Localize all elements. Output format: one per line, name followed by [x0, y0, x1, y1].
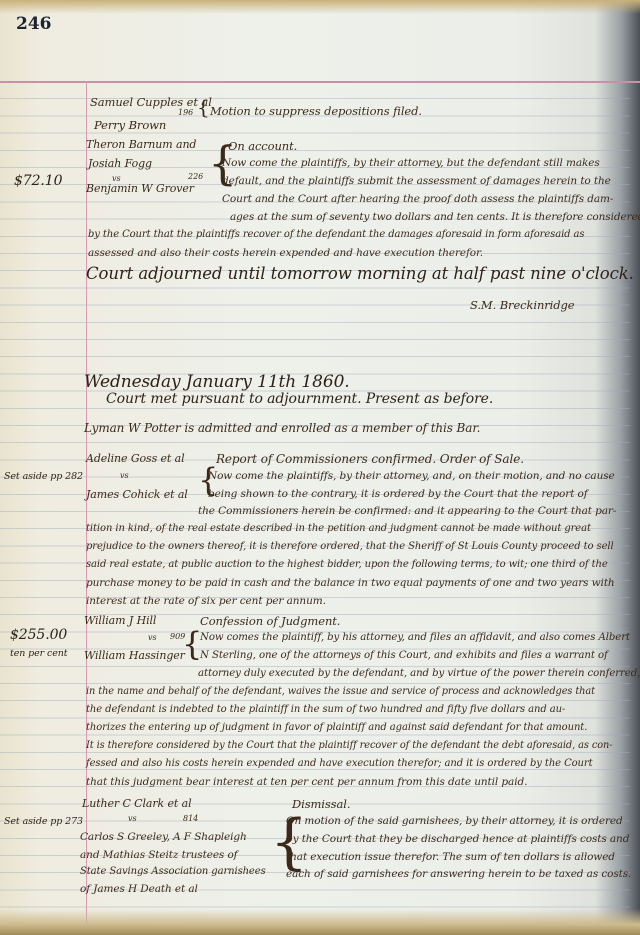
margin-note: ten per cent	[10, 648, 68, 659]
versus-mark: vs	[148, 633, 157, 642]
versus-mark: vs	[128, 814, 137, 823]
plaintiff-name: Samuel Cupples et al	[90, 95, 212, 109]
entry-title: Confession of Judgment.	[200, 614, 340, 628]
margin-note: Set aside pp 273	[4, 816, 83, 827]
page-edge-shadow-top	[0, 0, 640, 14]
defendant-line: of James H Death et al	[80, 883, 198, 895]
case-number: 196	[178, 108, 193, 117]
entry-line: prejudice to the owners thereof, it is t…	[86, 541, 614, 552]
plaintiff-line-2: Josiah Fogg	[88, 157, 152, 170]
defendant-name: William Hassinger	[84, 649, 185, 662]
entry-line: the Commissioners herein be confirmed: a…	[198, 505, 616, 517]
entry-line: On motion of the said garnishees, by the…	[286, 815, 623, 827]
entry-title: Report of Commissioners confirmed. Order…	[216, 452, 524, 466]
entry-line: Now comes the plaintiff, by his attorney…	[200, 632, 630, 643]
entry-line: being shown to the contrary, it is order…	[208, 488, 588, 500]
entry-line: ages at the sum of seventy two dollars a…	[230, 211, 640, 223]
margin-amount: $255.00	[10, 627, 67, 643]
entry-line: tition in kind, of the real estate descr…	[86, 523, 591, 534]
entry-line: fessed and also his costs herein expende…	[86, 758, 593, 769]
case-number: 226	[188, 172, 203, 181]
entry-line: interest at the rate of six per cent per…	[86, 595, 326, 607]
entry-line: thorizes the entering up of judgment in …	[86, 722, 587, 733]
defendant-line: and Mathias Steitz trustees of	[80, 849, 237, 861]
entry-title: On account.	[228, 139, 297, 153]
entry-line: each of said garnishees for answering he…	[286, 868, 631, 880]
entry-line: attorney duly executed by the defendant,…	[198, 668, 640, 679]
defendant-name: Perry Brown	[94, 118, 166, 132]
entry-line: in the name and behalf of the defendant,…	[86, 686, 595, 697]
adjournment-text: Court adjourned until tomorrow morning a…	[86, 264, 634, 283]
entry-line: the defendant is indebted to the plainti…	[86, 704, 565, 715]
plaintiff-name: Luther C Clark et al	[82, 797, 192, 810]
entry-line: Now come the plaintiffs, by their attorn…	[222, 157, 600, 169]
entry-line: N Sterling, one of the attorneys of this…	[200, 650, 608, 661]
entry-line: purchase money to be paid in cash and th…	[86, 577, 615, 589]
entry-line: that this judgment bear interest at ten …	[86, 776, 527, 788]
ledger-page: 246 Samuel Cupples et al 196 { Motion to…	[0, 0, 640, 935]
judge-signature: S.M. Breckinridge	[470, 298, 574, 312]
brace-icon: {	[197, 97, 210, 117]
header-rule	[0, 81, 640, 83]
entry-line: It is therefore considered by the Court …	[86, 740, 612, 751]
ruled-lines	[0, 82, 630, 922]
page-edge-shadow-bottom	[0, 909, 640, 935]
entry-line: that execution issue therefor. The sum o…	[286, 851, 615, 863]
plaintiff-line-1: Theron Barnum and	[86, 138, 196, 151]
versus-mark: vs	[120, 471, 129, 480]
defendant-line: Carlos S Greeley, A F Shapleigh	[80, 831, 247, 843]
date-heading: Wednesday January 11th 1860.	[84, 372, 350, 392]
session-subheading: Court met pursuant to adjournment. Prese…	[106, 391, 493, 407]
entry-line: by the Court that they be discharged hen…	[286, 833, 629, 845]
plaintiff-name: William J Hill	[84, 614, 156, 627]
margin-amount: $72.10	[14, 173, 62, 189]
entry-line: Court and the Court after hearing the pr…	[222, 193, 613, 205]
bar-admission-text: Lyman W Potter is admitted and enrolled …	[84, 421, 480, 435]
entry-line: assessed and also their costs herein exp…	[88, 247, 483, 259]
entry-line: by the Court that the plaintiffs recover…	[88, 229, 584, 240]
margin-note: Set aside pp 282	[4, 471, 83, 482]
plaintiff-name: Adeline Goss et al	[86, 452, 185, 465]
case-number: 814	[183, 814, 198, 823]
entry-line: default, and the plaintiffs submit the a…	[222, 175, 611, 187]
entry-line: Now come the plaintiffs, by their attorn…	[208, 470, 615, 482]
page-number: 246	[16, 14, 52, 34]
entry-line: said real estate, at public auction to t…	[86, 559, 608, 570]
defendant-name: Benjamin W Grover	[86, 182, 194, 195]
order-text: Motion to suppress depositions filed.	[210, 104, 422, 118]
defendant-line: State Savings Association garnishees	[80, 866, 266, 877]
entry-title: Dismissal.	[292, 797, 350, 811]
defendant-name: James Cohick et al	[86, 488, 188, 501]
